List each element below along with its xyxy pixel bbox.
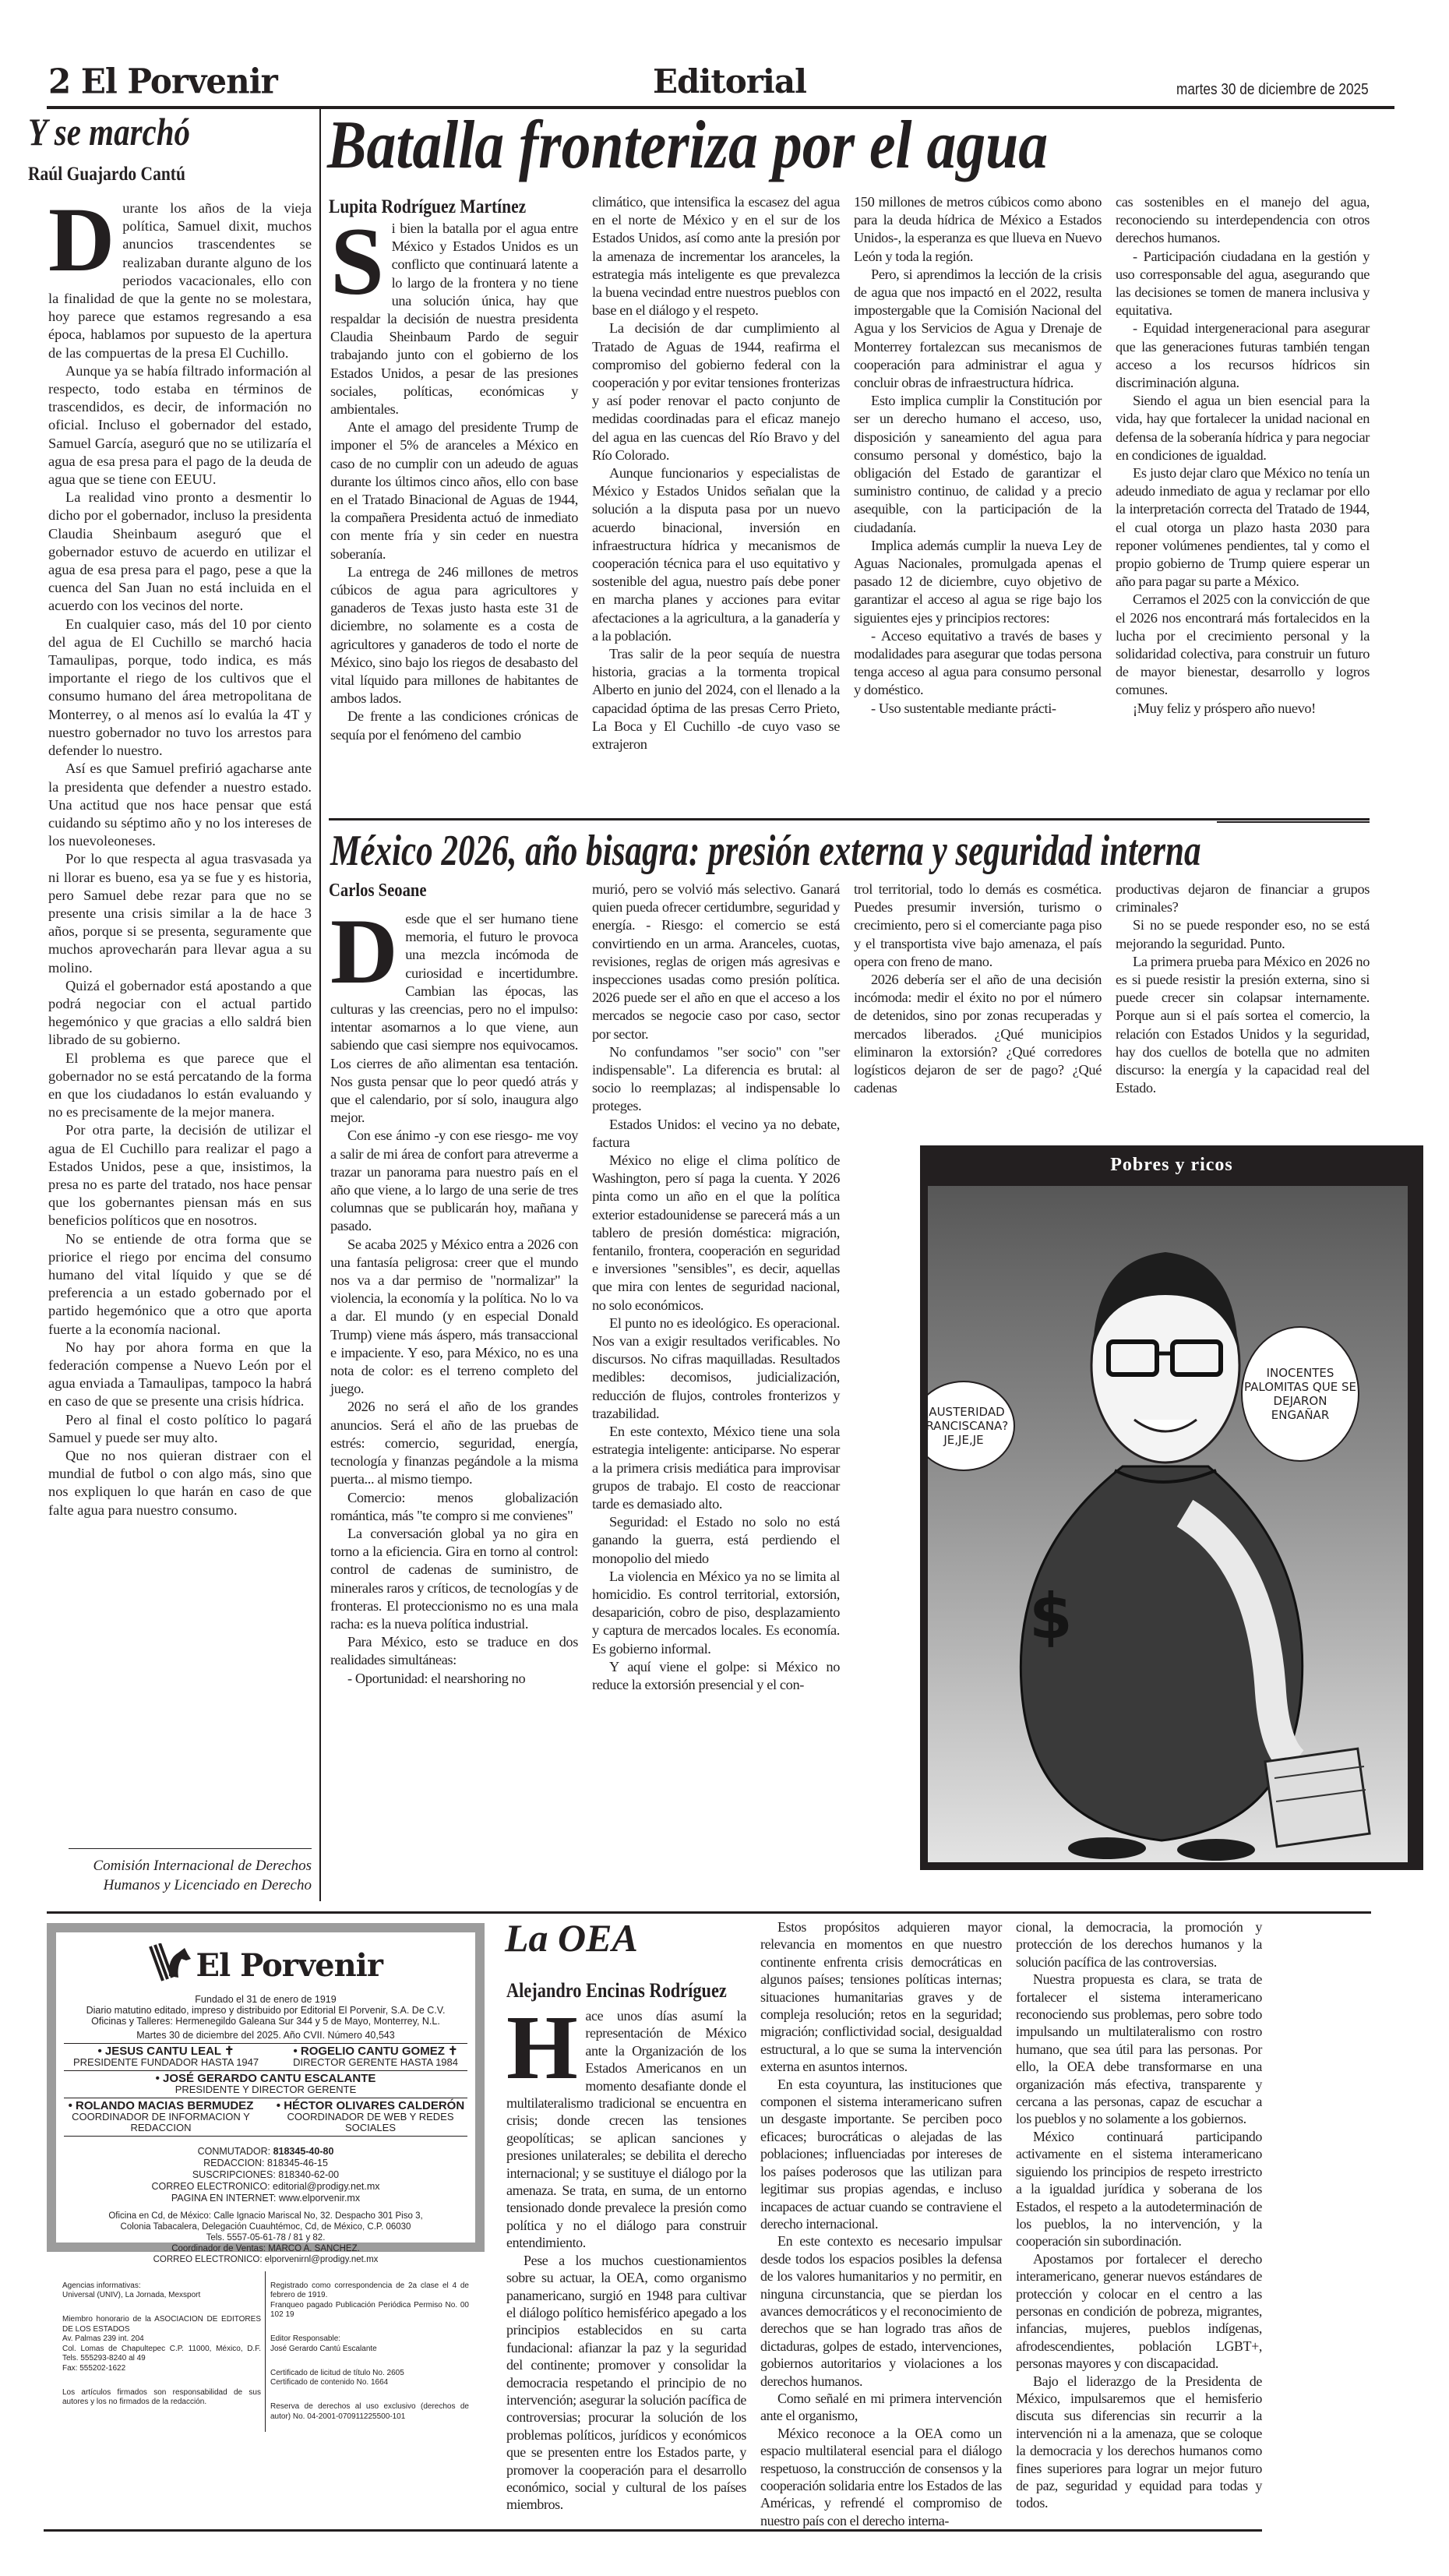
- editorial-cartoon: Pobres y ricos $ ¿AUSTERIDAD FRANCISCANA…: [920, 1145, 1423, 1870]
- legal-notes-right: Registrado como correspondencia de 2a cl…: [270, 2271, 469, 2432]
- president: • JOSÉ GERARDO CANTU ESCALANTE PRESIDENT…: [56, 2073, 475, 2095]
- section-title: Editorial: [653, 62, 806, 101]
- divider: [64, 2098, 467, 2098]
- credit-separator: [69, 1848, 312, 1849]
- column-divider: [319, 109, 321, 1901]
- edition-line: Martes 30 de diciembre del 2025. Año CVI…: [56, 2030, 475, 2041]
- horse-logo-icon: [149, 1943, 192, 1988]
- article-body-batalla-col4: cas sostenibles en el manejo del agua, r…: [1116, 193, 1370, 718]
- issue-date: martes 30 de diciembre de 2025: [1176, 81, 1369, 99]
- founder-1: • JESUS CANTU LEAL ✝ PRESIDENTE FUNDADOR…: [73, 2046, 259, 2068]
- founded-line: Fundado el 31 de enero de 1919: [56, 1994, 475, 2005]
- author-credit: Comisión Internacional de Derechos Human…: [62, 1856, 312, 1895]
- contact-list: CONMUTADOR: 818345-40-80 REDACCION: 8183…: [56, 2146, 475, 2204]
- article-body-batalla-col1: S i bien la batalla por el agua entre Mé…: [330, 220, 578, 744]
- article-body-bisagra-col1: D esde que el ser humano tiene memoria, …: [330, 910, 578, 1688]
- caricature-figure-icon: $: [928, 1186, 1408, 1862]
- divider: [64, 2043, 467, 2044]
- article-body-batalla-col2: climático, que intensifica la escasez de…: [592, 193, 840, 753]
- email-link[interactable]: editorial@prodigy.net.mx: [273, 2181, 380, 2192]
- divider: [64, 2070, 467, 2071]
- article-body-batalla-col3: 150 millones de metros cúbicos como abon…: [854, 193, 1102, 718]
- drop-cap: S: [330, 224, 384, 300]
- article-end-rule: [1217, 821, 1370, 823]
- cartoon-illustration: $ ¿AUSTERIDAD FRANCISCANA? JE,JE,JE INOC…: [928, 1186, 1408, 1862]
- offices-line: Oficinas y Talleres: Hermenegildo Galean…: [56, 2016, 475, 2027]
- website-link[interactable]: www.elporvenir.mx: [279, 2193, 360, 2204]
- legal-notes-left: Agencias informativas: Universal (UNIV),…: [62, 2271, 266, 2432]
- logo-wordmark: El Porvenir: [196, 1947, 383, 1984]
- publisher-line: Diario matutino editado, impreso y distr…: [56, 2005, 475, 2016]
- drop-cap: H: [506, 2012, 577, 2084]
- article-body-y-se-marcho: D urante los años de la vieja política, …: [48, 199, 312, 1519]
- article-body-oea-col3: cional, la democracia, la promoción y pr…: [1016, 1918, 1262, 2512]
- article-title-batalla: Batalla fronteriza por el agua: [327, 106, 1048, 185]
- phone-newsroom: 818345-46-15: [267, 2158, 328, 2168]
- author-byline-bisagra: Carlos Seoane: [329, 880, 427, 902]
- article-body-bisagra-col4: productivas dejaron de financiar a grupo…: [1116, 880, 1370, 1097]
- founder-2: • ROGELIO CANTU GOMEZ ✝ DIRECTOR GERENTE…: [293, 2046, 458, 2068]
- svg-text:$: $: [1029, 1580, 1073, 1653]
- author-byline-marcho: Raúl Guajardo Cantú: [28, 164, 185, 185]
- phone-subscriptions: 818340-62-00: [278, 2169, 339, 2180]
- divider: [64, 2136, 467, 2137]
- speech-bubble-right: INOCENTES PALOMITAS QUE SE DEJARON ENGAÑ…: [1241, 1326, 1359, 1462]
- section-rule-oea: [47, 1911, 1371, 1914]
- cartoon-title: Pobres y ricos: [920, 1155, 1423, 1176]
- coordinator-2: • HÉCTOR OLIVARES CALDERÓN COORDINADOR D…: [270, 2101, 471, 2133]
- article-title-y-se-marcho: Y se marchó: [28, 109, 190, 154]
- staff-box: El Porvenir Fundado el 31 de enero de 19…: [47, 1923, 485, 2252]
- page-bottom-rule: [44, 2529, 1262, 2532]
- article-body-oea-col1: H ace unos días asumí la representación …: [506, 2007, 746, 2514]
- drop-cap: D: [330, 915, 397, 988]
- section-rule-bisagra: [329, 818, 1370, 820]
- phone-switchboard: 818345-40-80: [273, 2146, 334, 2157]
- article-title-bisagra: México 2026, año bisagra: presión extern…: [330, 826, 1201, 876]
- article-title-oea: La OEA: [505, 1915, 638, 1960]
- article-body-bisagra-col3: trol territorial, todo lo demás es cosmé…: [854, 880, 1102, 1097]
- cdmx-office: Oficina en Cd, de México: Calle Ignacio …: [56, 2211, 475, 2265]
- page-number-paper-name: 2 El Porvenir: [48, 62, 277, 101]
- coordinator-1: • ROLANDO MACIAS BERMUDEZ COORDINADOR DE…: [60, 2101, 261, 2133]
- drop-cap: D: [48, 204, 115, 276]
- article-body-oea-col2: Estos propósitos adquieren mayor relevan…: [760, 1918, 1002, 2529]
- article-body-bisagra-col2: murió, pero se volvió más selectivo. Gan…: [592, 880, 840, 1694]
- newspaper-logo: El Porvenir: [56, 1932, 475, 1988]
